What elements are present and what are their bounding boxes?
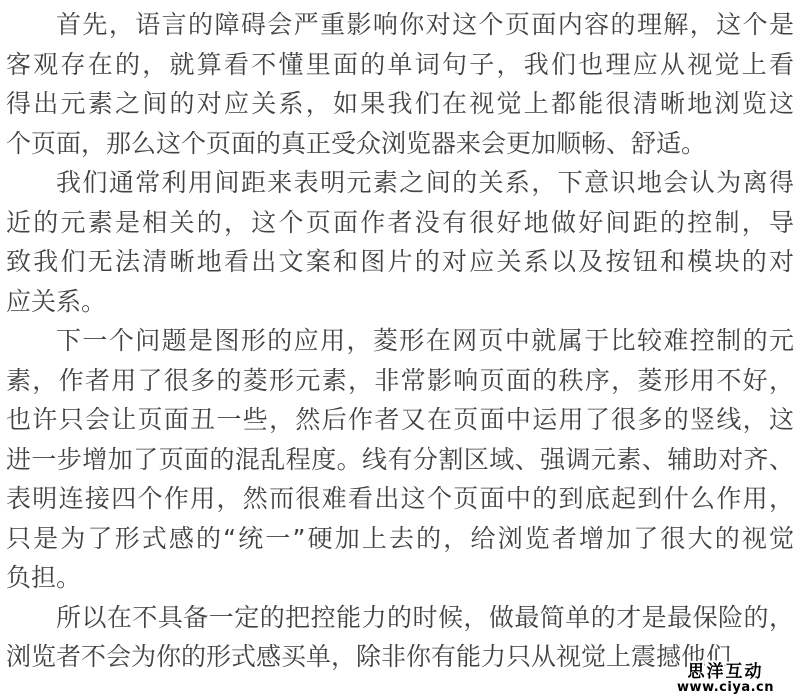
text-line: 素，作者用了很多的菱形元素，非常影响页面的秩序，菱形用不好，: [6, 361, 794, 401]
watermark-brand-text: 思洋互动: [677, 663, 774, 681]
text-line: 下一个问题是图形的应用，菱形在网页中就属于比较难控制的元: [6, 321, 794, 361]
text-line: 浏览者不会为你的形式感买单，除非你有能力只从视觉上震撼他们: [6, 637, 794, 677]
watermark-url-text: www.ciya.cn: [677, 681, 774, 695]
text-line: 得出元素之间的对应关系，如果我们在视觉上都能很清晰地浏览这: [6, 84, 794, 124]
text-line: 客观存在的，就算看不懂里面的单词句子，我们也理应从视觉上看: [6, 45, 794, 85]
document-page: 首先，语言的障碍会严重影响你对这个页面内容的理解，这个是 客观存在的，就算看不懂…: [0, 0, 800, 699]
text-line: 致我们无法清晰地看出文案和图片的对应关系以及按钮和模块的对: [6, 242, 794, 282]
text-line: 所以在不具备一定的把控能力的时候，做最简单的才是最保险的，: [6, 598, 794, 638]
text-line: 首先，语言的障碍会严重影响你对这个页面内容的理解，这个是: [6, 5, 794, 45]
text-line: 进一步增加了页面的混乱程度。线有分割区域、强调元素、辅助对齐、: [6, 440, 794, 480]
text-line: 我们通常利用间距来表明元素之间的关系，下意识地会认为离得: [6, 163, 794, 203]
text-line: 负担。: [6, 558, 794, 598]
text-line: 只是为了形式感的“统一”硬加上去的，给浏览者增加了很大的视觉: [6, 519, 794, 559]
text-line: 也许只会让页面丑一些，然后作者又在页面中运用了很多的竖线，这: [6, 400, 794, 440]
text-line: 个页面，那么这个页面的真正受众浏览器来会更加顺畅、舒适。: [6, 124, 794, 164]
text-line: 应关系。: [6, 282, 794, 322]
text-line: 近的元素是相关的，这个页面作者没有很好地做好间距的控制，导: [6, 203, 794, 243]
text-line: 表明连接四个作用，然而很难看出这个页面中的到底起到什么作用，: [6, 479, 794, 519]
watermark: 思洋互动 www.ciya.cn: [677, 663, 774, 695]
article-text: 首先，语言的障碍会严重影响你对这个页面内容的理解，这个是 客观存在的，就算看不懂…: [6, 5, 794, 677]
